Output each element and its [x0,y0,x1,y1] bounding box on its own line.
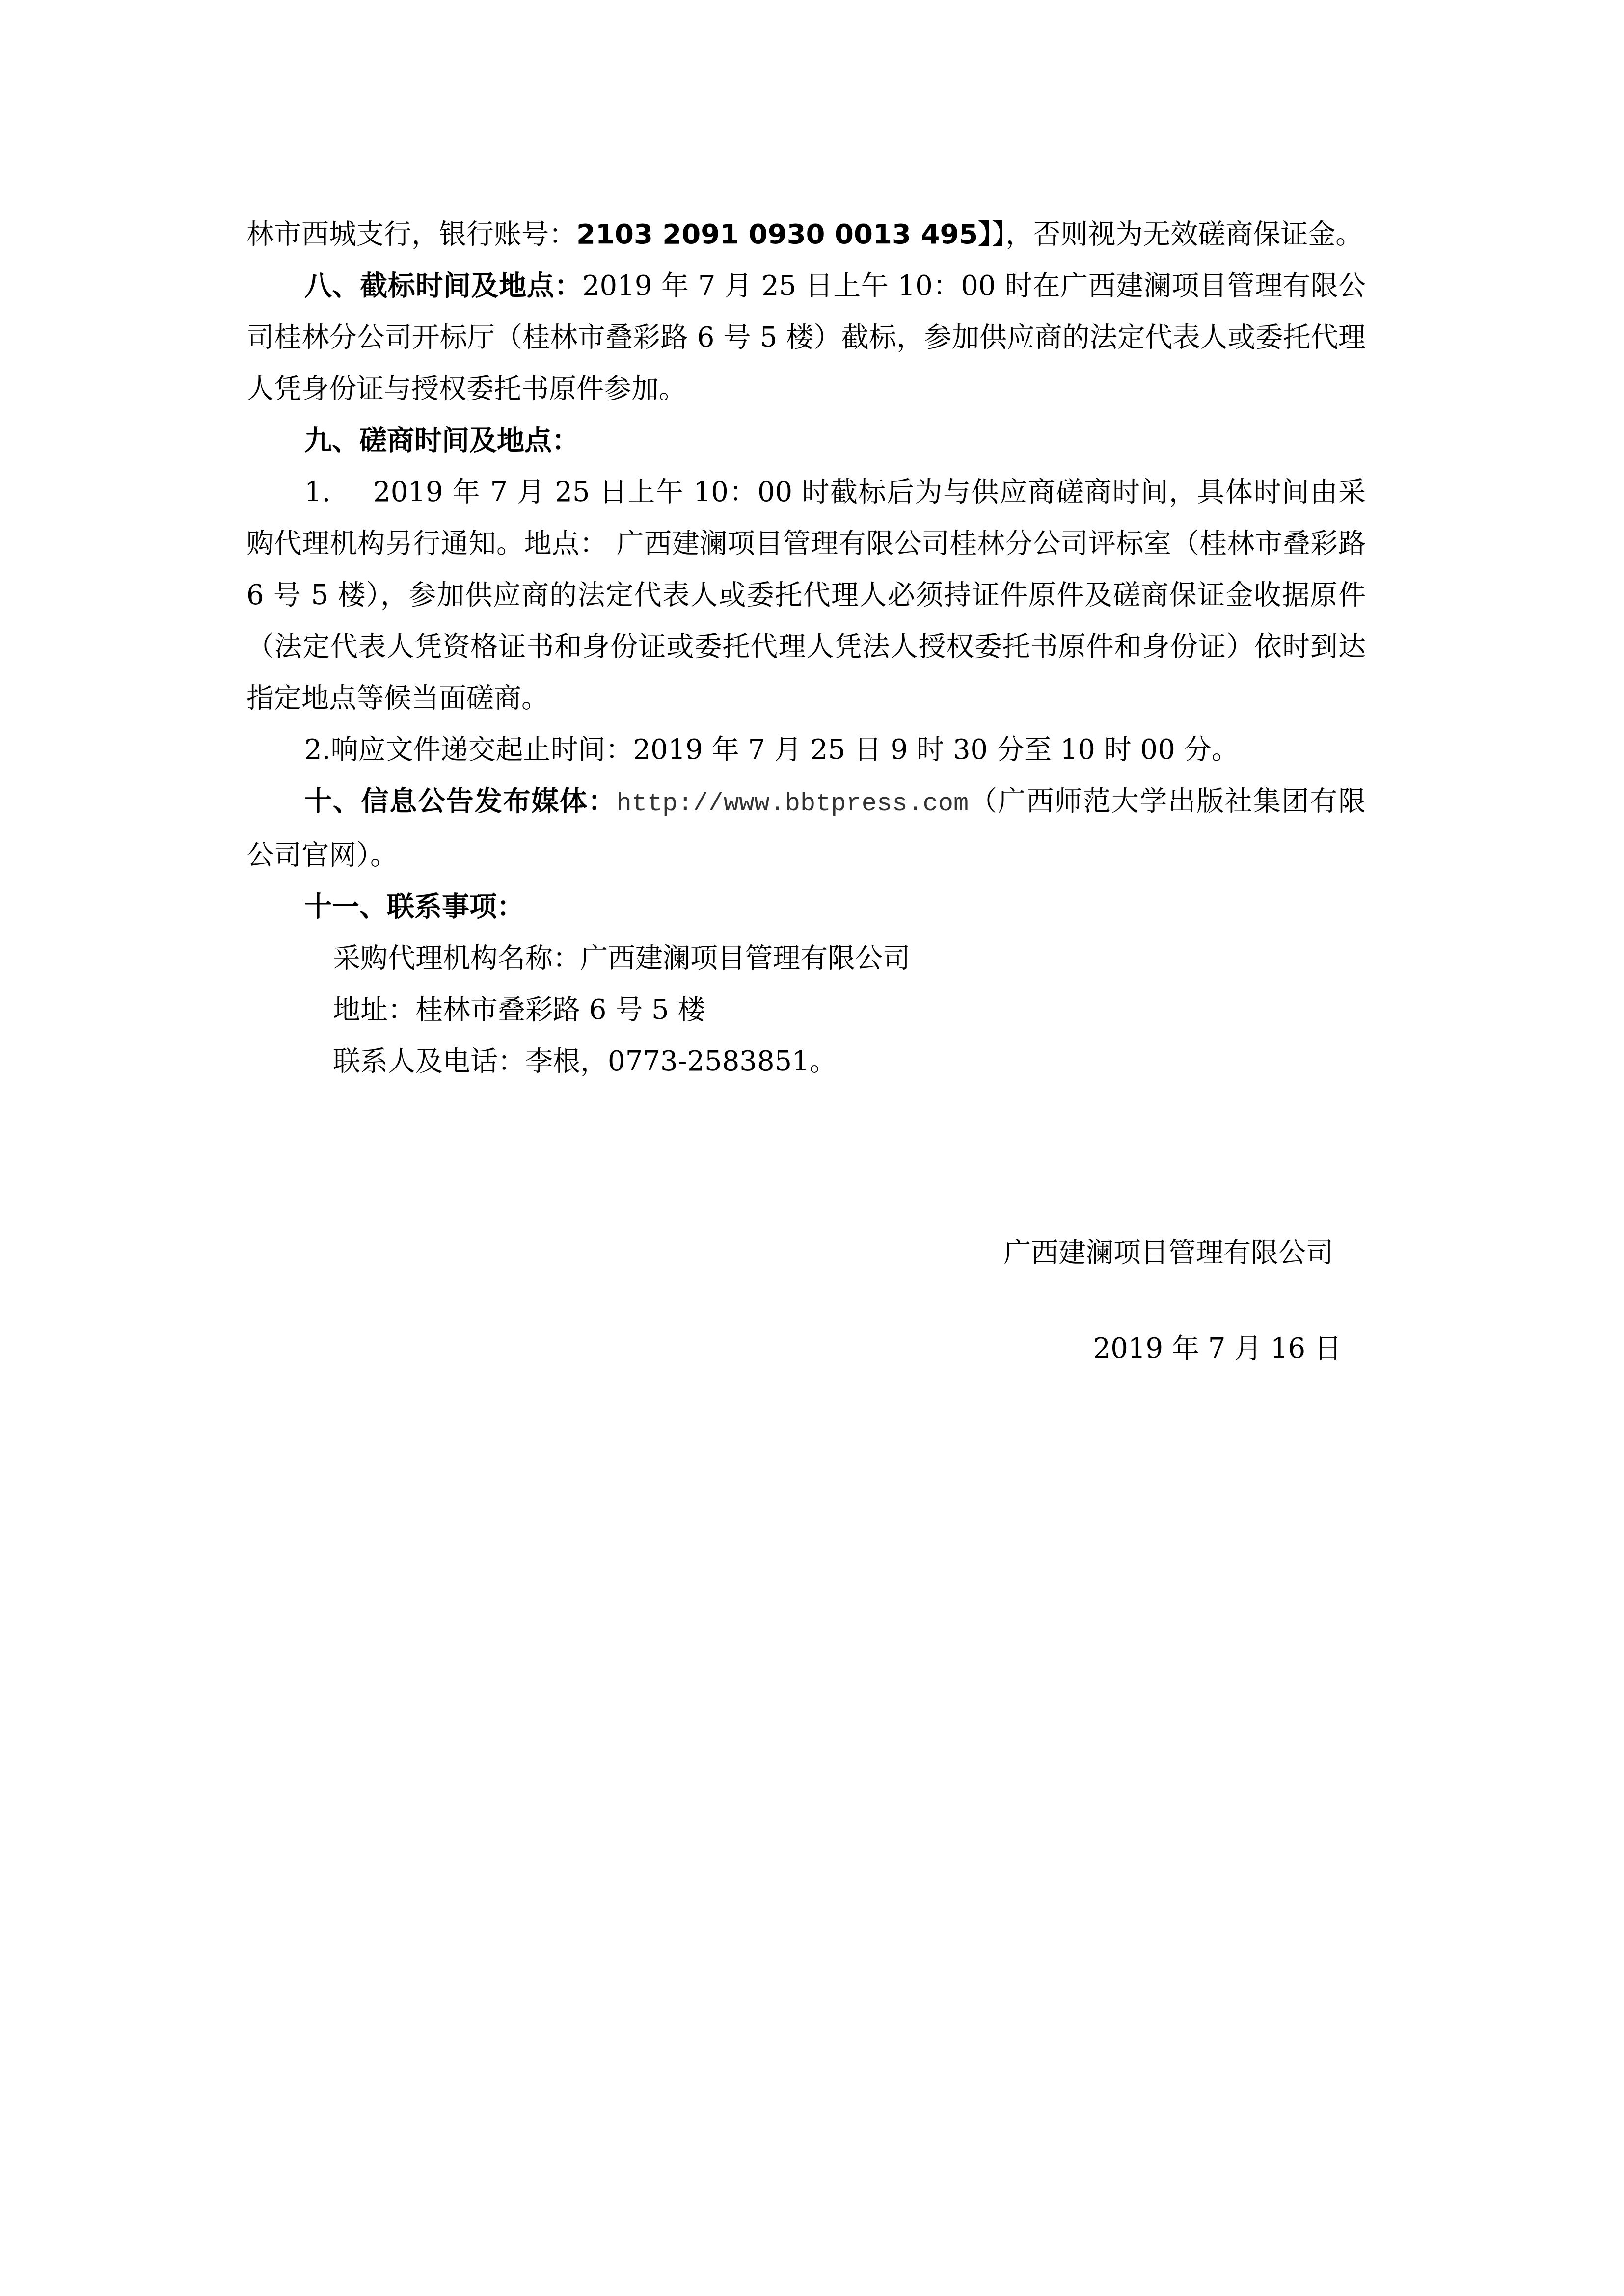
section-10-media: 十、信息公告发布媒体：http://www.bbtpress.com（广西师范大… [246,775,1366,881]
continuation-text-prefix: 林市西城支行，银行账号： [246,218,576,250]
item-2-number: 2. [304,734,330,766]
section-8-bid-closing: 八、截标时间及地点：2019 年 7 月 25 日上午 10：00 时在广西建澜… [246,260,1366,415]
deposit-account-continuation: 林市西城支行，银行账号：2103 2091 0930 0013 495】】，否则… [246,209,1366,260]
section-8-heading: 八、截标时间及地点： [304,270,582,302]
signature-company: 广西建澜项目管理有限公司 [1003,1227,1333,1279]
continuation-bracket: 】 [978,218,992,250]
contact-address: 地址：桂林市叠彩路 6 号 5 楼 [246,984,1366,1036]
bank-account-number: 2103 2091 0930 0013 495 [576,218,978,250]
contact-agency-name: 采购代理机构名称：广西建澜项目管理有限公司 [246,933,1366,984]
document-body: 林市西城支行，银行账号：2103 2091 0930 0013 495】】，否则… [246,209,1366,1087]
signature-date: 2019 年 7 月 16 日 [1093,1323,1342,1374]
section-9-item-1: 1.2019 年 7 月 25 日上午 10：00 时截标后为与供应商磋商时间，… [246,466,1366,724]
item-1-number: 1. [304,466,373,518]
section-9-item-2: 2.响应文件递交起止时间：2019 年 7 月 25 日 9 时 30 分至 1… [246,724,1366,775]
section-9-heading: 九、磋商时间及地点： [304,425,579,456]
section-11-contact: 十一、联系事项： [246,881,1366,933]
publisher-website-link[interactable]: http://www.bbtpress.com [616,789,969,818]
section-11-heading: 十一、联系事项： [304,891,524,923]
item-1-text: 2019 年 7 月 25 日上午 10：00 时截标后为与供应商磋商时间，具体… [246,476,1366,714]
section-10-heading: 十、信息公告发布媒体： [304,785,616,817]
continuation-text-suffix: 】，否则视为无效磋商保证金。 [992,218,1363,250]
item-2-text: 响应文件递交起止时间：2019 年 7 月 25 日 9 时 30 分至 10 … [330,734,1239,766]
section-9-negotiation: 九、磋商时间及地点： [246,415,1366,466]
contact-person-phone: 联系人及电话：李根，0773-2583851。 [246,1036,1366,1087]
